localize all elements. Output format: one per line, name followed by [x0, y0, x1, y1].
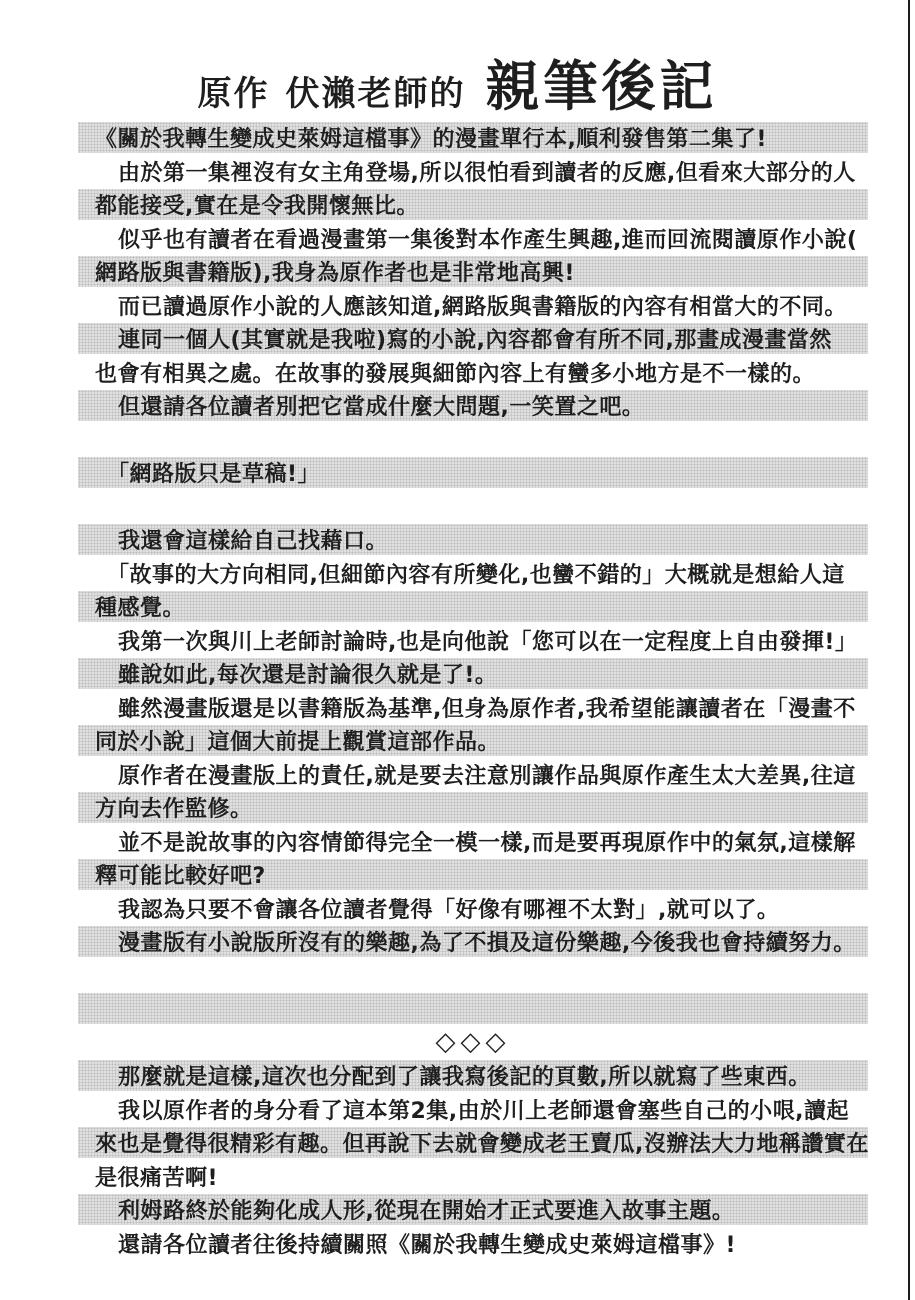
text-line: 原作者在漫畫版上的責任,就是要去注意別讓作品與原作產生太大差異,往這 [78, 759, 868, 790]
text-line: 由於第一集裡沒有女主角登場,所以很怕看到讀者的反應,但看來大部分的人 [78, 156, 868, 187]
blank-line [78, 960, 868, 991]
text-line: 並不是說故事的內容情節得完全一模一樣,而是要再現原作中的氣氛,這樣解 [78, 826, 868, 857]
blank-shaded-bar [78, 993, 868, 1024]
text-line: 那麼就是這樣,這次也分配到了讓我寫後記的頁數,所以就寫了些東西。 [78, 1060, 868, 1091]
text-line: 雖說如此,每次還是討論很久就是了!。 [78, 658, 868, 689]
title-main: 親筆後記 [486, 55, 718, 118]
text-line: 漫畫版有小說版所沒有的樂趣,為了不損及這份樂趣,今後我也會持續努力。 [78, 926, 868, 957]
title-author: 伏瀨老師的 [286, 74, 466, 114]
afterword-body: 《關於我轉生變成史萊姆這檔事》的漫畫單行本,順利發售第二集了! 由於第一集裡沒有… [78, 122, 868, 1261]
text-line: 但還請各位讀者別把它當成什麼大問題,一笑置之吧。 [78, 390, 868, 421]
afterword-page: { "page": { "colors": { "paper": "#fffff… [0, 0, 915, 1300]
page-scan-edge [908, 0, 910, 1300]
title-prefix: 原作 [198, 74, 270, 114]
page-title: 原作伏瀨老師的親筆後記 [0, 44, 915, 134]
text-line: 都能接受,實在是令我開懷無比。 [78, 189, 868, 220]
text-line: 利姆路終於能夠化成人形,從現在開始才正式要進入故事主題。 [78, 1194, 868, 1225]
blank-line [78, 491, 868, 522]
text-line: 釋可能比較好吧? [78, 859, 868, 890]
text-line: 同於小說」這個大前提上觀賞這部作品。 [78, 725, 868, 756]
text-line: 方向去作監修。 [78, 792, 868, 823]
text-line: 《關於我轉生變成史萊姆這檔事》的漫畫單行本,順利發售第二集了! [78, 122, 868, 153]
text-line: 連同一個人(其實就是我啦)寫的小說,內容都會有所不同,那畫成漫畫當然 [78, 323, 868, 354]
text-line: 似乎也有讀者在看過漫畫第一集後對本作產生興趣,進而回流閱讀原作小說( [78, 223, 868, 254]
text-line: 我以原作者的身分看了這本第2集,由於川上老師還會塞些自己的小哏,讀起 [78, 1094, 868, 1125]
text-line: 雖然漫畫版還是以書籍版為基準,但身為原作者,我希望能讓讀者在「漫畫不 [78, 692, 868, 723]
text-line: 種感覺。 [78, 591, 868, 622]
text-line: 還請各位讀者往後持續關照《關於我轉生變成史萊姆這檔事》! [78, 1228, 868, 1259]
title-block: 原作伏瀨老師的親筆後記 [198, 44, 718, 134]
text-line: 也會有相異之處。在故事的發展與細節內容上有蠻多小地方是不一樣的。 [78, 357, 868, 388]
text-line: 我認為只要不會讓各位讀者覺得「好像有哪裡不太對」,就可以了。 [78, 893, 868, 924]
text-line: 「網路版只是草稿!」 [78, 457, 868, 488]
text-line: 我第一次與川上老師討論時,也是向他說「您可以在一定程度上自由發揮!」 [78, 625, 868, 656]
blank-line [78, 424, 868, 455]
text-line: 而已讀過原作小說的人應該知道,網路版與書籍版的內容有相當大的不同。 [78, 290, 868, 321]
text-line: 網路版與書籍版),我身為原作者也是非常地高興! [78, 256, 868, 287]
text-line: 是很痛苦啊! [78, 1161, 868, 1192]
text-line: 來也是覺得很精彩有趣。但再說下去就會變成老王賣瓜,沒辦法大力地稱讚實在 [78, 1127, 868, 1158]
text-line: 「故事的大方向相同,但細節內容有所變化,也蠻不錯的」大概就是想給人這 [78, 558, 868, 589]
section-divider: ◇◇◇ [78, 1027, 868, 1058]
text-line: 我還會這樣給自己找藉口。 [78, 524, 868, 555]
